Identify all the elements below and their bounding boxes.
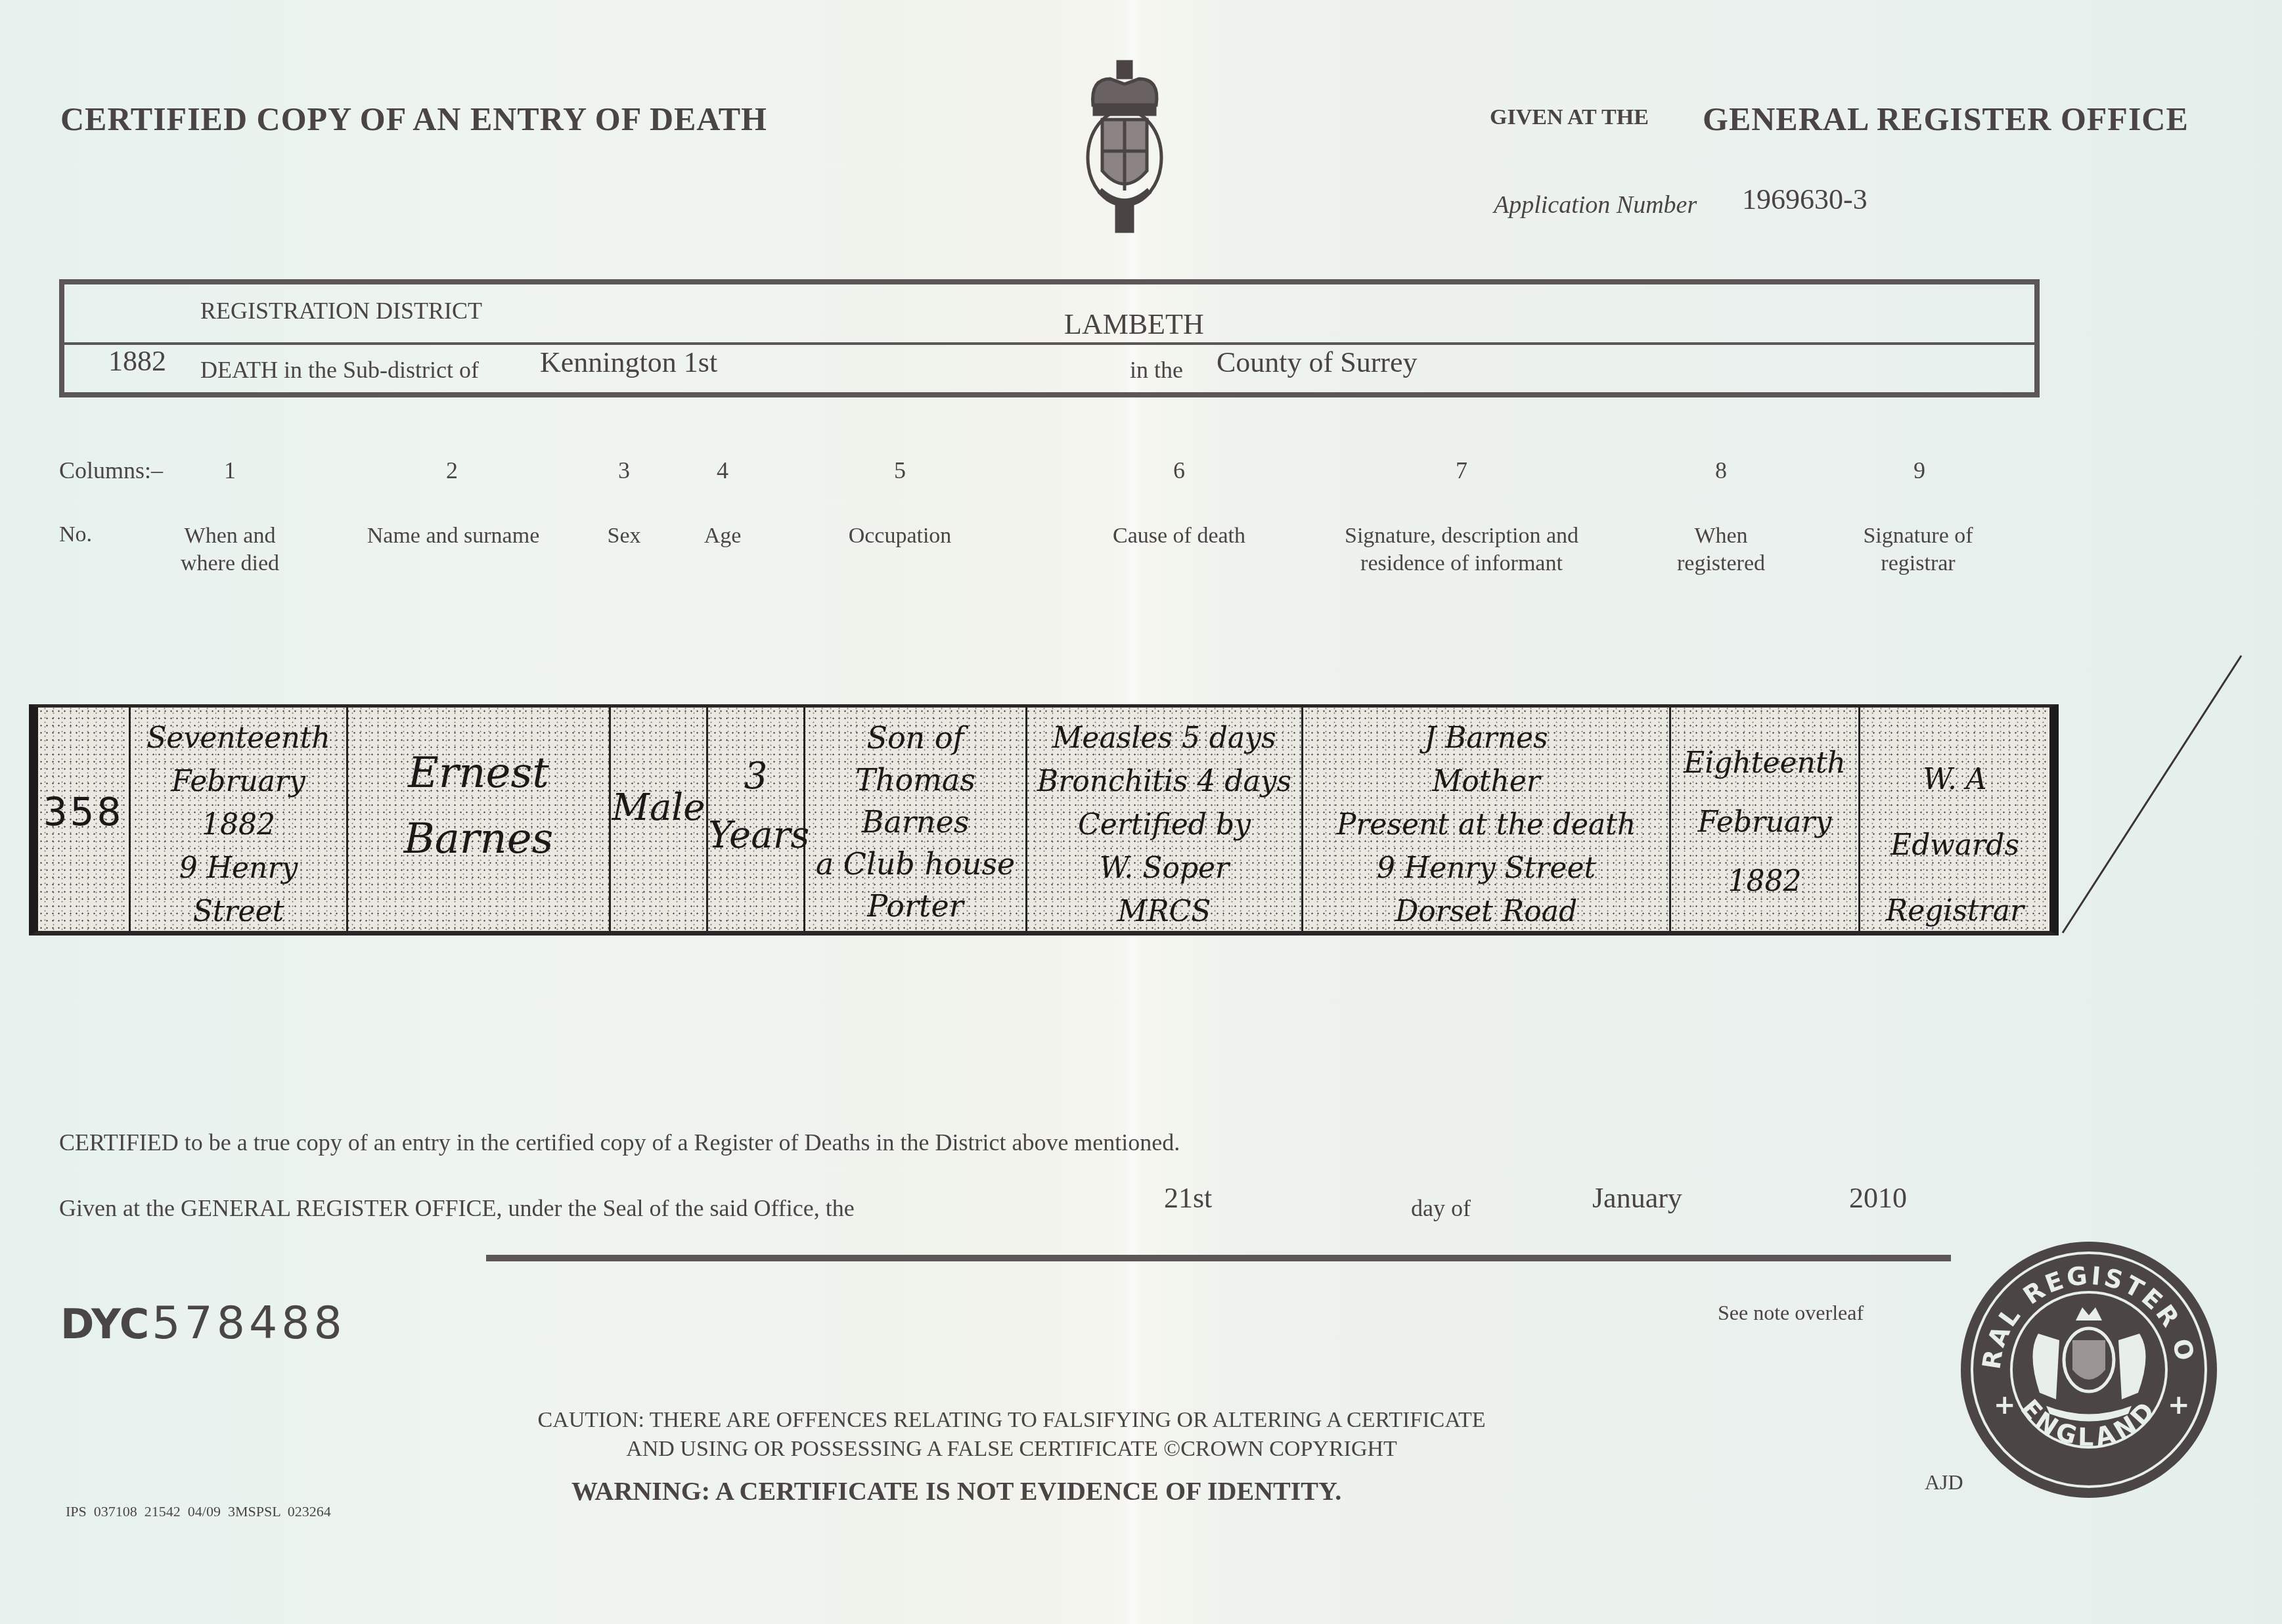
column-number-2: 2	[439, 457, 465, 484]
royal-crest-icon	[1084, 59, 1166, 243]
hand-line: Bronchitis 4 days	[1027, 760, 1301, 803]
column-heading-name: Name and surname	[342, 522, 565, 550]
entry-when-registered: Eighteenth February 1882	[1671, 708, 1860, 931]
entry-number: 358	[38, 708, 129, 931]
in-the-label: in the	[1130, 356, 1183, 384]
hand-line: February	[1671, 793, 1858, 852]
certificate-title: CERTIFIED COPY OF AN ENTRY OF DEATH	[60, 100, 767, 138]
hand-line: 9 Henry Street	[131, 847, 346, 934]
entry-age: 3 Years	[708, 708, 805, 931]
heading-line: where died	[145, 550, 315, 577]
identity-warning: WARNING: A CERTIFICATE IS NOT EVIDENCE O…	[571, 1476, 1341, 1506]
hand-line: Dorset Road	[1303, 890, 1669, 934]
register-entry-row: 358 Seventeenth February 1882 9 Henry St…	[29, 704, 2059, 936]
hand-line: Barnes	[348, 806, 609, 872]
entry-registrar-signature: W. A Edwards Registrar	[1860, 708, 2049, 931]
hand-line: Certified by	[1027, 803, 1301, 847]
column-heading-registrar: Signature of registrar	[1839, 522, 1997, 577]
serial-prefix: DYC	[60, 1300, 149, 1348]
heading-line: When	[1655, 522, 1787, 550]
entry-sex: Male	[611, 708, 708, 931]
heading-line: Signature of	[1839, 522, 1997, 550]
certificate-month: January	[1592, 1181, 1682, 1215]
hand-line: 9 Henry Street	[1303, 847, 1669, 890]
hand-line: Years	[708, 806, 803, 865]
seal-emblem-icon: GENERAL REGISTER OFFICE ENGLAND + +	[1961, 1242, 2217, 1498]
svg-text:+: +	[1994, 1390, 2016, 1420]
county-value: County of Surrey	[1217, 346, 1418, 379]
signature-rule	[486, 1255, 1951, 1261]
application-number-label: Application Number	[1494, 191, 1697, 219]
hand-line: Present at the death	[1303, 803, 1669, 847]
entry-when-where: Seventeenth February 1882 9 Henry Street	[129, 708, 348, 931]
entry-occupation: Son of Thomas Barnes a Club house Porter	[805, 708, 1027, 931]
subdistrict-value: Kennington 1st	[540, 346, 717, 379]
registration-district-label: REGISTRATION DISTRICT	[200, 297, 482, 325]
svg-text:+: +	[2168, 1390, 2190, 1420]
column-number-4: 4	[709, 457, 736, 484]
heading-line: registered	[1655, 550, 1787, 577]
column-heading-cause: Cause of death	[1090, 522, 1268, 550]
registration-district-value: LAMBETH	[1064, 307, 1204, 341]
certificate-year: 2010	[1849, 1181, 1907, 1215]
caution-line: CAUTION: THERE ARE OFFENCES RELATING TO …	[420, 1406, 1603, 1435]
hand-line: 3	[708, 747, 803, 806]
certificate-day: 21st	[1164, 1181, 1212, 1215]
hand-line: Measles 5 days	[1027, 717, 1301, 760]
entry-name: Ernest Barnes	[348, 708, 611, 931]
column-heading-when-registered: When registered	[1655, 522, 1787, 577]
column-number-7: 7	[1448, 457, 1475, 484]
column-heading-no: No.	[59, 522, 92, 547]
subdistrict-label: DEATH in the Sub-district of	[200, 356, 479, 384]
hand-line: Seventeenth	[131, 717, 346, 760]
column-number-9: 9	[1906, 457, 1933, 484]
column-heading-informant: Signature, description and residence of …	[1327, 522, 1596, 577]
hand-line: Ernest	[348, 740, 609, 806]
columns-label: Columns:–	[59, 457, 163, 484]
hand-line: Thomas	[805, 759, 1025, 801]
hand-line: W. Soper	[1027, 847, 1301, 890]
heading-line: residence of informant	[1327, 550, 1596, 577]
column-number-1: 1	[217, 457, 243, 484]
entry-cause-of-death: Measles 5 days Bronchitis 4 days Certifi…	[1027, 708, 1303, 931]
hand-line: Porter	[805, 885, 1025, 927]
serial-number: 578488	[152, 1297, 346, 1349]
hand-line: J Barnes	[1303, 717, 1669, 760]
column-number-6: 6	[1166, 457, 1192, 484]
hand-line: February	[131, 760, 346, 803]
hand-line: Registrar	[1860, 878, 2049, 944]
column-number-5: 5	[887, 457, 913, 484]
district-divider	[64, 342, 2034, 345]
caution-line: AND USING OR POSSESSING A FALSE CERTIFIC…	[420, 1435, 1603, 1464]
hand-line: MRCS	[1027, 890, 1301, 934]
office-name: GENERAL REGISTER OFFICE	[1703, 100, 2189, 138]
caution-notice: CAUTION: THERE ARE OFFENCES RELATING TO …	[420, 1406, 1603, 1464]
hand-line: 1882	[1671, 852, 1858, 911]
entry-informant: J Barnes Mother Present at the death 9 H…	[1303, 708, 1671, 931]
hand-line: Eighteenth	[1671, 734, 1858, 793]
hand-line: Barnes	[805, 801, 1025, 843]
given-at-statement: Given at the GENERAL REGISTER OFFICE, un…	[59, 1194, 855, 1222]
certificate-serial: DYC 578488	[60, 1297, 346, 1349]
given-at-label: GIVEN AT THE	[1490, 105, 1649, 130]
cancel-stroke-line	[2056, 650, 2253, 939]
hand-line: a Club house	[805, 843, 1025, 885]
column-number-3: 3	[611, 457, 637, 484]
see-note-overleaf: See note overleaf	[1718, 1301, 1864, 1325]
hand-line: Mother	[1303, 760, 1669, 803]
general-register-office-seal: GENERAL REGISTER OFFICE ENGLAND + +	[1961, 1242, 2217, 1498]
print-code: IPS 037108 21542 04/09 3MSPSL 023264	[66, 1503, 331, 1520]
day-of-label: day of	[1411, 1194, 1471, 1222]
hand-line: 1882	[131, 803, 346, 847]
heading-line: registrar	[1839, 550, 1997, 577]
column-heading-when-where: When and where died	[145, 522, 315, 577]
column-number-8: 8	[1708, 457, 1734, 484]
hand-line: W. A Edwards	[1860, 747, 2049, 878]
heading-line: Signature, description and	[1327, 522, 1596, 550]
column-heading-occupation: Occupation	[821, 522, 979, 550]
hand-line: Son of	[805, 717, 1025, 759]
column-heading-sex: Sex	[591, 522, 657, 550]
application-number: 1969630-3	[1742, 183, 1868, 216]
death-year: 1882	[108, 344, 166, 378]
column-heading-age: Age	[690, 522, 755, 550]
issuer-initials: AJD	[1925, 1470, 1963, 1495]
heading-line: When and	[145, 522, 315, 550]
svg-text:ENGLAND: ENGLAND	[2015, 1394, 2163, 1452]
certified-statement: CERTIFIED to be a true copy of an entry …	[59, 1129, 1180, 1156]
